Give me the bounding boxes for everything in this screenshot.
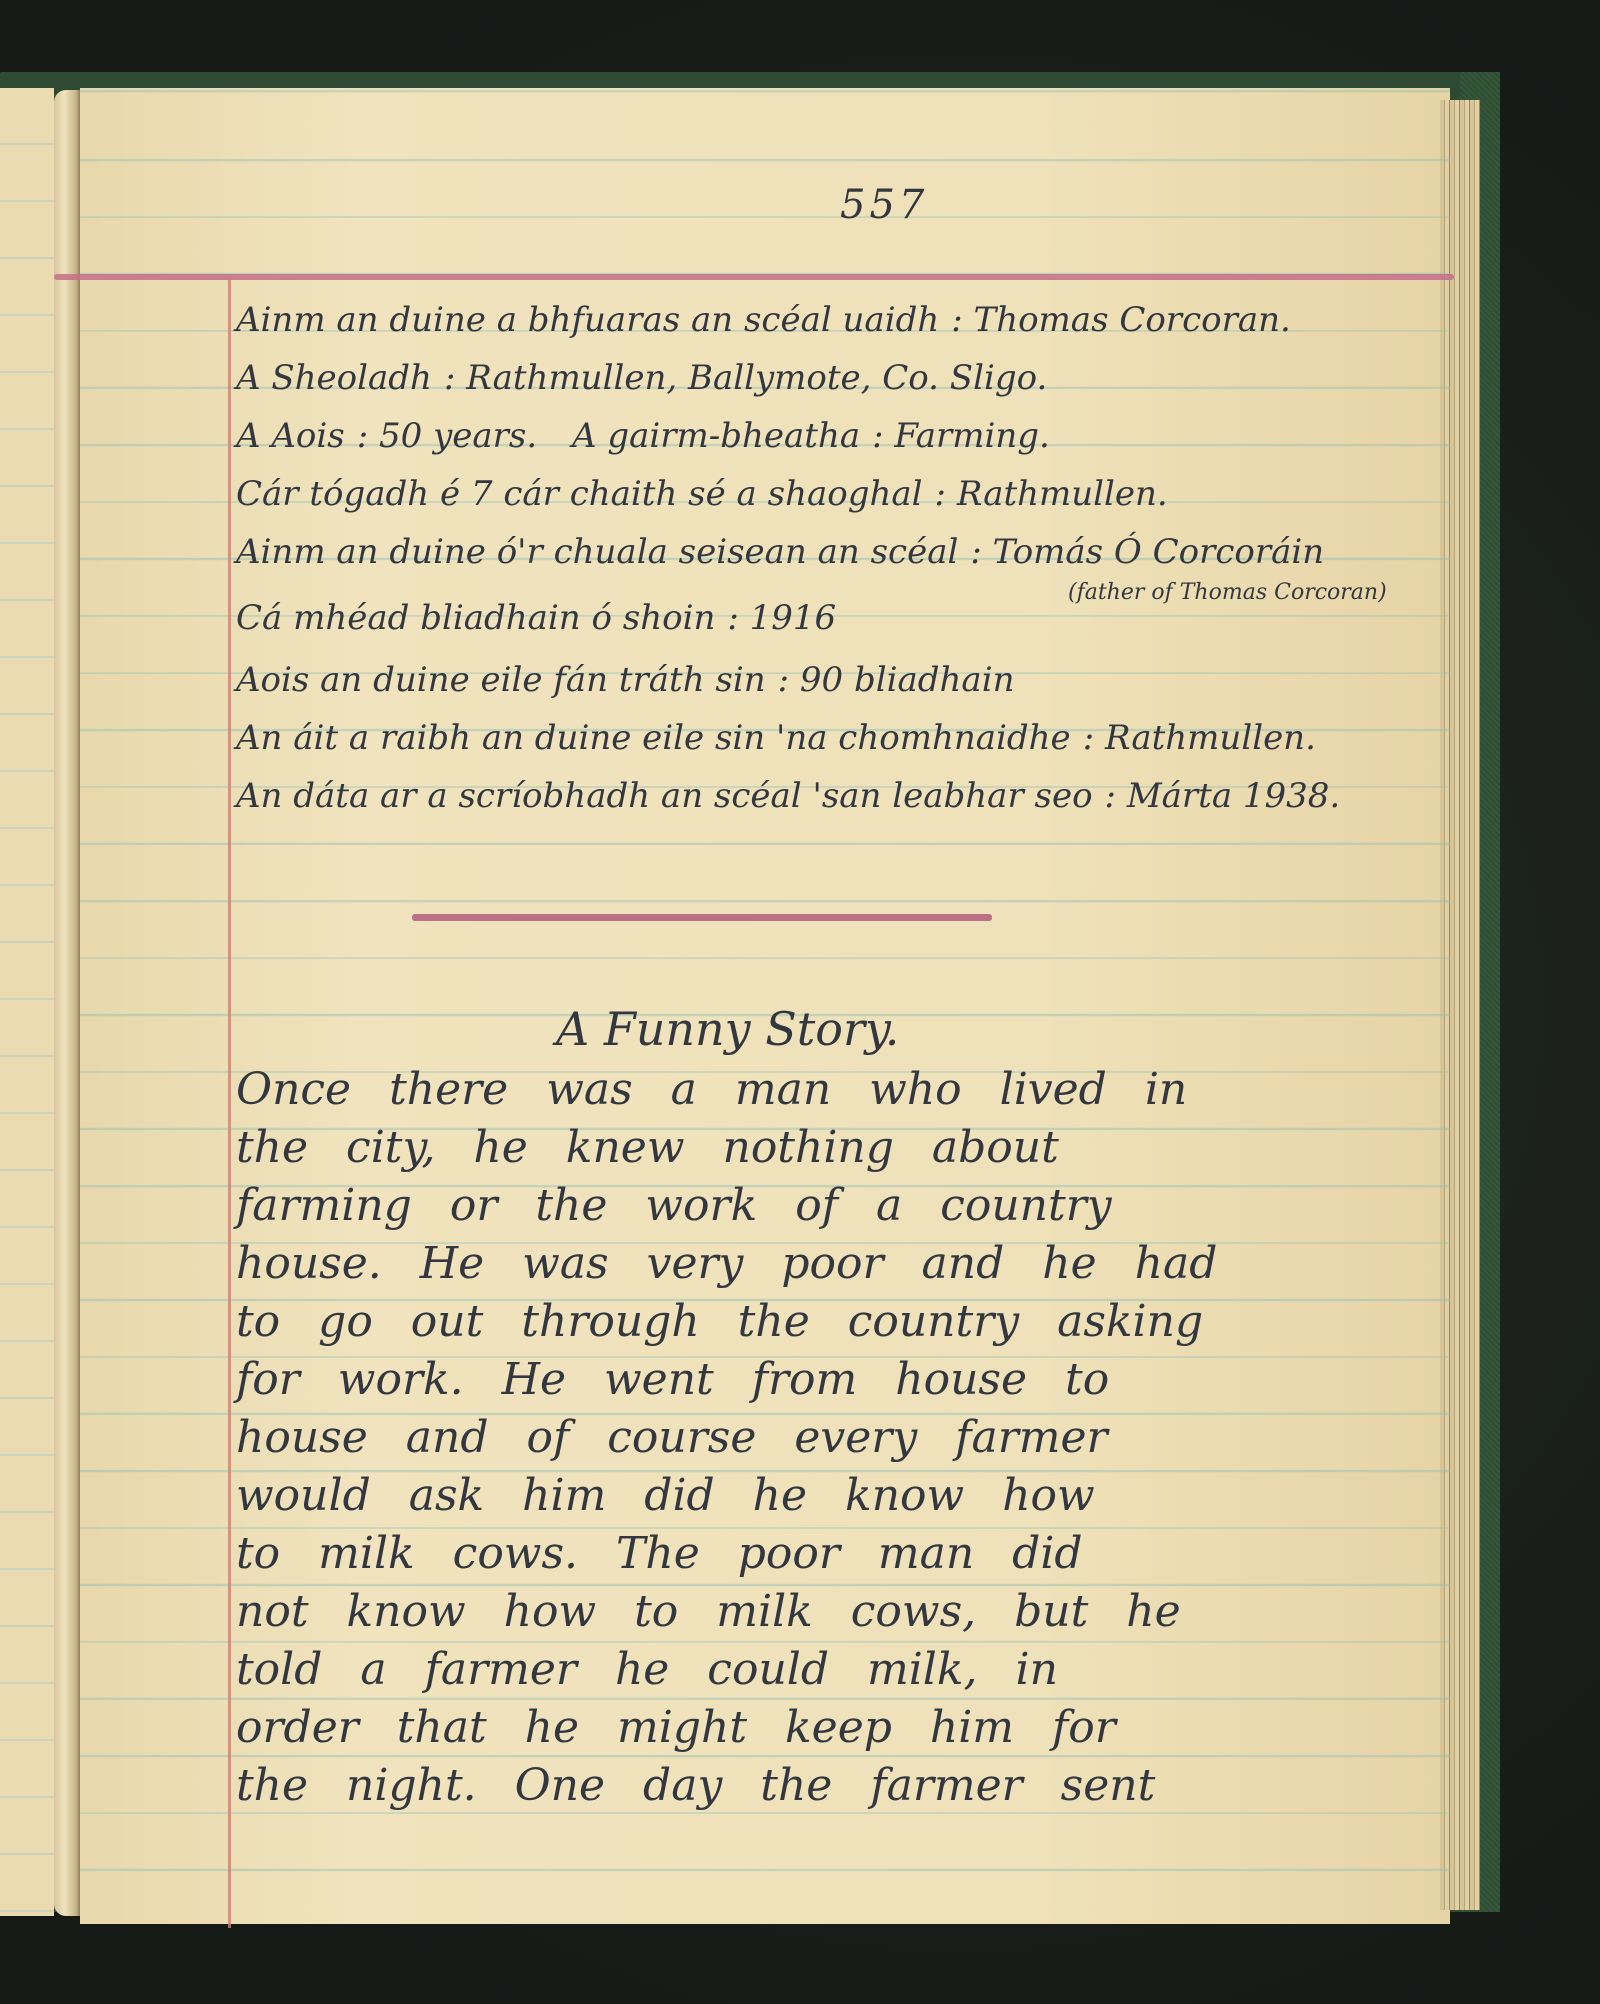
book-gutter	[54, 90, 80, 1916]
colon: :	[778, 660, 789, 700]
meta-label: Cá mhéad bliadhain ó shoin	[236, 598, 715, 638]
meta-age-occupation: A Aois: 50 years. A gairm-bheatha: Farmi…	[236, 416, 1050, 456]
story-line: for work. He went from house to	[236, 1354, 1109, 1405]
meta-informant-name: Ainm an duine a bhfuaras an scéal uaidh:…	[236, 300, 1291, 340]
meta-label: An áit a raibh an duine eile sin 'na cho…	[236, 718, 1071, 758]
story-line: Once there was a man who lived in	[236, 1064, 1187, 1115]
meta-date-written: An dáta ar a scríobhadh an scéal 'san le…	[236, 776, 1340, 816]
meta-value: 1916	[750, 598, 837, 638]
meta-label: Aois an duine eile fán tráth sin	[236, 660, 766, 700]
colon: :	[444, 358, 455, 398]
meta-value: Rathmullen.	[957, 474, 1168, 514]
story-line: told a farmer he could milk, in	[236, 1644, 1058, 1695]
meta-value: Rathmullen, Ballymote, Co. Sligo.	[466, 358, 1047, 398]
colon: :	[357, 416, 368, 456]
colon: :	[727, 598, 738, 638]
story-line: to go out through the country asking	[236, 1296, 1203, 1347]
colon: :	[970, 532, 981, 572]
story-line: farming or the work of a country	[236, 1180, 1112, 1231]
section-divider	[412, 914, 992, 921]
colon: :	[951, 300, 962, 340]
story-line: the night. One day the farmer sent	[236, 1760, 1155, 1811]
meta-value: 50 years.	[379, 416, 537, 456]
meta-label: A Aois	[236, 416, 345, 456]
story-title: A Funny Story.	[556, 1002, 899, 1056]
meta-value-2: Farming.	[894, 416, 1049, 456]
meta-value: Tomás Ó Corcoráin	[993, 532, 1325, 572]
story-line: house and of course every farmer	[236, 1412, 1108, 1463]
story-line: not know how to milk cows, but he	[236, 1586, 1181, 1637]
colon: :	[935, 474, 946, 514]
meta-label: Cár tógadh é 7 cár chaith sé a shaoghal	[236, 474, 923, 514]
meta-value: 90 bliadhain	[800, 660, 1015, 700]
meta-years-ago: Cá mhéad bliadhain ó shoin: 1916	[236, 598, 836, 638]
meta-label: Ainm an duine ó'r chuala seisean an scéa…	[236, 532, 958, 572]
facing-page	[0, 88, 54, 1916]
facing-page-ruling	[0, 88, 54, 1916]
header-rule	[54, 274, 1454, 280]
margin-rule	[228, 278, 231, 1928]
story-line: would ask him did he know how	[236, 1470, 1095, 1521]
meta-source-age: Aois an duine eile fán tráth sin: 90 bli…	[236, 660, 1014, 700]
story-line: house. He was very poor and he had	[236, 1238, 1217, 1289]
colon: :	[1105, 776, 1116, 816]
meta-label: Ainm an duine a bhfuaras an scéal uaidh	[236, 300, 939, 340]
meta-value: Rathmullen.	[1105, 718, 1316, 758]
colon: :	[1083, 718, 1094, 758]
story-line: order that he might keep him for	[236, 1702, 1116, 1753]
meta-address: A Sheoladh: Rathmullen, Ballymote, Co. S…	[236, 358, 1047, 398]
meta-value: Thomas Corcoran.	[974, 300, 1291, 340]
meta-source-note: (father of Thomas Corcoran)	[1068, 580, 1387, 605]
meta-value: Márta 1938.	[1127, 776, 1340, 816]
meta-label-2: A gairm-bheatha	[572, 416, 860, 456]
meta-source-name: Ainm an duine ó'r chuala seisean an scéa…	[236, 532, 1324, 572]
meta-label: A Sheoladh	[236, 358, 432, 398]
story-line: to milk cows. The poor man did	[236, 1528, 1083, 1579]
meta-source-residence: An áit a raibh an duine eile sin 'na cho…	[236, 718, 1316, 758]
meta-label: An dáta ar a scríobhadh an scéal 'san le…	[236, 776, 1093, 816]
story-line: the city, he knew nothing about	[236, 1122, 1059, 1173]
colon: :	[872, 416, 883, 456]
meta-birthplace: Cár tógadh é 7 cár chaith sé a shaoghal:…	[236, 474, 1168, 514]
page-number: 557	[840, 182, 928, 228]
